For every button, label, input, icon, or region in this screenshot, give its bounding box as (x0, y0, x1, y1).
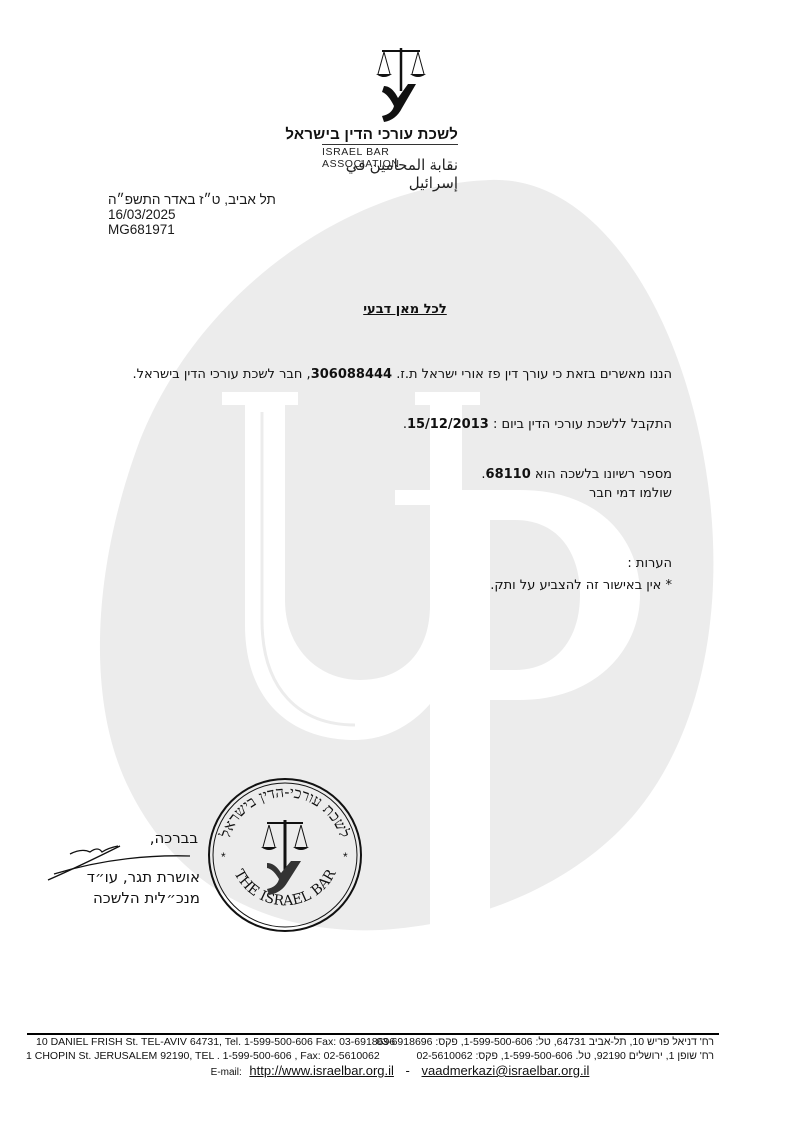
star-icon: * (343, 850, 348, 864)
license-label: מספר רשיונו בלשכה הוא (531, 467, 672, 482)
certification-line: הננו מאשרים בזאת כי עורך דין פז אורי ישר… (133, 367, 673, 382)
admission-label: התקבל ללשכת עורכי הדין ביום : (489, 417, 672, 432)
admission-line: התקבל ללשכת עורכי הדין ביום : 15/12/2013… (403, 417, 672, 432)
footer-address-tel-aviv-en: 10 DANIEL FRISH St. TEL-AVIV 64731, Tel.… (36, 1036, 395, 1048)
israel-bar-seal: לשכת עורכי-הדין בישראל THE ISRAEL BAR * … (205, 775, 365, 935)
email-link[interactable]: vaadmerkazi@israelbar.org.il (422, 1063, 590, 1078)
logo-divider (322, 144, 458, 145)
star-icon: * (221, 850, 226, 864)
org-name-arabic: نقابة المحامين في إسرائيل (300, 156, 458, 192)
dues-paid-line: שולמו דמי חבר (589, 486, 672, 501)
document-title: לכל מאן דבעי (330, 302, 480, 317)
contact-separator: - (406, 1063, 410, 1078)
email-label: E-mail: (211, 1067, 242, 1078)
scales-of-justice-ayin-icon (372, 46, 430, 126)
license-line: מספר רשיונו בלשכה הוא 68110. (481, 467, 672, 482)
scales-of-justice-seal-icon (261, 820, 309, 895)
note-item: * אין באישור זה להצביע על ותק. (490, 578, 672, 593)
membership-text: , חבר לשכת עורכי הדין בישראל. (133, 367, 311, 382)
hebrew-date: תל אביב, ט״ז באדר התשפ״ה (108, 192, 276, 207)
date-block: תל אביב, ט״ז באדר התשפ״ה 16/03/2025 MG68… (108, 192, 276, 237)
reference-number: MG681971 (108, 222, 276, 237)
id-number: 306088444 (311, 367, 392, 382)
signatory-role: מנכ״לית הלשכה (40, 889, 200, 907)
license-number: 68110 (486, 467, 531, 482)
website-link[interactable]: http://www.israelbar.org.il (249, 1063, 394, 1078)
signatory-name: אושרת תגר, עו״ד (40, 868, 200, 886)
footer-divider (27, 1033, 719, 1035)
footer-address-jerusalem-he: רח' שופן 1, ירושלים 92190, טל. 1-599-500… (416, 1050, 714, 1062)
admission-date: 15/12/2013 (407, 417, 489, 432)
gregorian-date: 16/03/2025 (108, 207, 276, 222)
certification-text: הננו מאשרים בזאת כי עורך דין פז אורי ישר… (392, 367, 672, 382)
footer-address-jerusalem-en: 1 CHOPIN St. JERUSALEM 92190, TEL . 1-59… (26, 1050, 380, 1062)
org-name-hebrew: לשכת עורכי הדין בישראל (280, 126, 458, 143)
notes-label: הערות : (627, 556, 672, 571)
footer-contact: E-mail: http://www.israelbar.org.il - va… (0, 1063, 800, 1078)
footer-address-tel-aviv-he: רח' דניאל פריש 10, תל-אביב 64731, טל: 1-… (376, 1036, 714, 1048)
